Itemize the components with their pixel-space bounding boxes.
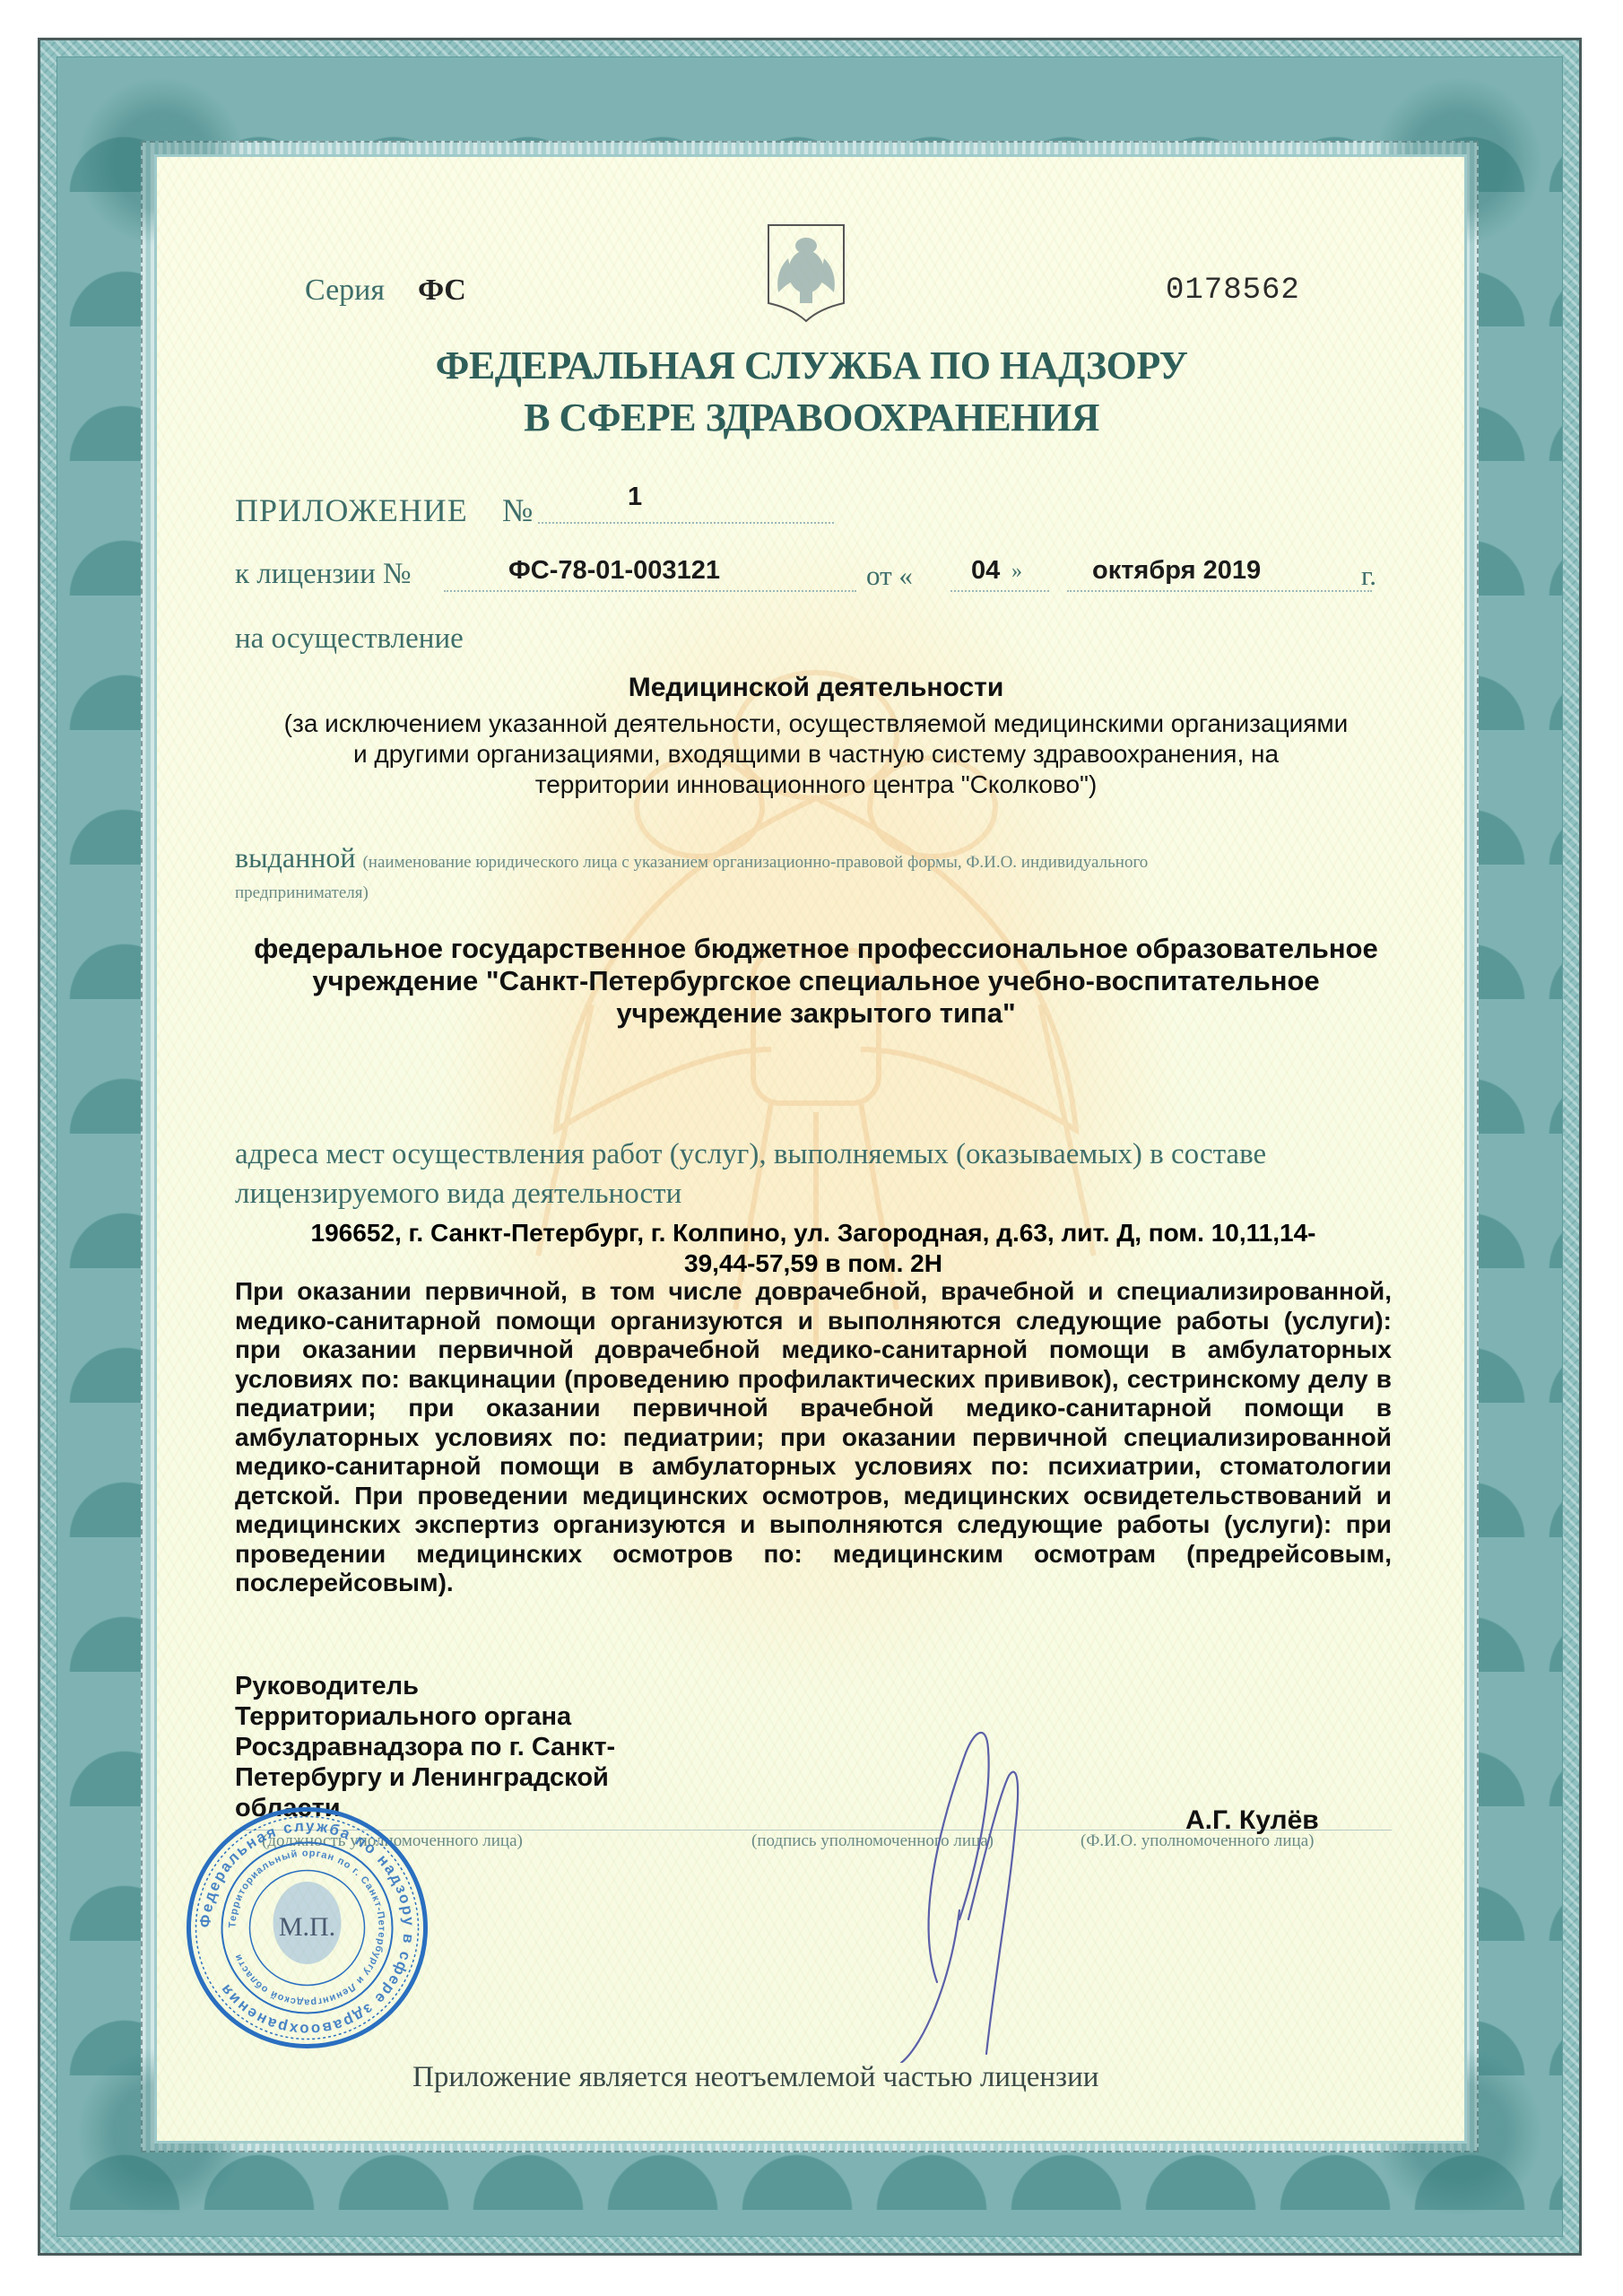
license-day-close: » bbox=[1011, 560, 1022, 584]
coat-of-arms-emblem-icon bbox=[766, 222, 846, 323]
signatory-position-line: Петербургу и Ленинградской bbox=[235, 1762, 683, 1793]
issued-hint: (наименование юридического лица с указан… bbox=[362, 853, 1148, 872]
signatory-position-line: Руководитель bbox=[235, 1671, 683, 1701]
signatory-position: Руководитель Территориального органа Рос… bbox=[235, 1671, 683, 1823]
license-day-underline bbox=[950, 590, 1049, 592]
series-label: Серия bbox=[305, 274, 385, 308]
caption-name: (Ф.И.О. уполномоченного лица) bbox=[1081, 1831, 1315, 1851]
form-number: 0178562 bbox=[1166, 274, 1300, 308]
organization-name-line: учреждение закрытого типа" bbox=[233, 997, 1399, 1030]
issued-label: выданной (наименование юридического лица… bbox=[235, 841, 1148, 874]
appendix-number-underline bbox=[538, 522, 834, 524]
appendix-number: 1 bbox=[628, 483, 642, 512]
footer-note: Приложение является неотъемлемой частью … bbox=[412, 2061, 1098, 2094]
license-month-underline bbox=[1067, 590, 1372, 592]
agency-title-line2: В СФЕРЕ ЗДРАВООХРАНЕНИЯ bbox=[269, 395, 1354, 440]
issued-label-text: выданной bbox=[235, 841, 355, 874]
activity-title: Медицинской деятельности bbox=[233, 673, 1399, 703]
appendix-number-sign: № bbox=[502, 491, 533, 529]
license-month-year: октября 2019 bbox=[1092, 556, 1261, 586]
series-value: ФС bbox=[418, 274, 466, 308]
stamp-center-text: М.П. bbox=[279, 1912, 335, 1942]
organization-name-line: учреждение "Санкт-Петербургское специаль… bbox=[233, 965, 1399, 997]
appendix-label: ПРИЛОЖЕНИЕ bbox=[235, 491, 468, 529]
license-date-from-label: от « bbox=[866, 560, 913, 592]
activity-note: (за исключением указанной деятельности, … bbox=[233, 709, 1399, 800]
address-label: адреса мест осуществления работ (услуг),… bbox=[235, 1135, 1428, 1213]
address-value: 196652, г. Санкт-Петербург, г. Колпино, … bbox=[235, 1218, 1392, 1279]
issued-hint-line2: предпринимателя) bbox=[235, 883, 369, 903]
address-line: 39,44-57,59 в пом. 2Н bbox=[235, 1248, 1392, 1279]
organization-name-line: федеральное государственное бюджетное пр… bbox=[233, 933, 1399, 965]
organization-name: федеральное государственное бюджетное пр… bbox=[233, 933, 1399, 1030]
signatory-position-line: Росздравнадзора по г. Санкт- bbox=[235, 1732, 683, 1762]
official-stamp-icon: Федеральная служба по надзору в сфере зд… bbox=[184, 1805, 430, 2051]
activity-note-line: территории инновационного центра "Сколко… bbox=[233, 770, 1399, 800]
activity-note-line: и другими организациями, входящими в час… bbox=[233, 739, 1399, 770]
activity-label: на осуществление bbox=[235, 622, 464, 656]
signatory-position-line: Территориального органа bbox=[235, 1701, 683, 1732]
license-day: 04 bbox=[971, 556, 1000, 586]
services-text: При оказании первичной, в том числе довр… bbox=[235, 1277, 1392, 1598]
address-line: 196652, г. Санкт-Петербург, г. Колпино, … bbox=[235, 1218, 1392, 1248]
license-year-suffix: г. bbox=[1361, 560, 1376, 592]
agency-title-line1: ФЕДЕРАЛЬНАЯ СЛУЖБА ПО НАДЗОРУ bbox=[269, 343, 1354, 388]
license-label: к лицензии № bbox=[235, 558, 411, 591]
license-number-underline bbox=[444, 590, 856, 592]
activity-note-line: (за исключением указанной деятельности, … bbox=[233, 709, 1399, 739]
license-number: ФС-78-01-003121 bbox=[508, 556, 720, 586]
handwritten-signature-icon bbox=[861, 1686, 1058, 2063]
